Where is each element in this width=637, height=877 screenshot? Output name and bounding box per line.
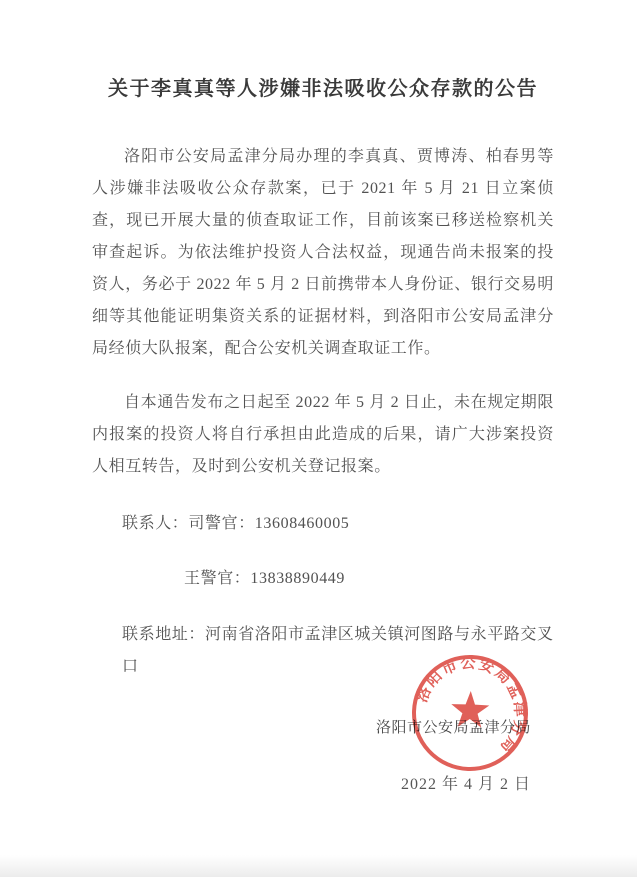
paragraph-1: 洛阳市公安局孟津分局办理的李真真、贾博涛、柏春男等人涉嫌非法吸收公众存款案，已于… <box>92 141 554 365</box>
seal-graphic: 洛阳市公安局孟津分局 <box>387 630 552 795</box>
document-page: 关于李真真等人涉嫌非法吸收公众存款的公告 洛阳市公安局孟津分局办理的李真真、贾博… <box>0 0 637 877</box>
paragraph-2: 自本通告发布之日起至 2022 年 5 月 2 日止，未在规定期限内报案的投资人… <box>92 387 554 483</box>
official-seal: 洛阳市公安局孟津分局 <box>387 630 552 795</box>
contact-line-2: 王警官：13838890449 <box>92 563 554 595</box>
contact-line-1: 联系人：司警官：13608460005 <box>92 508 554 540</box>
document-title: 关于李真真等人涉嫌非法吸收公众存款的公告 <box>92 72 554 101</box>
document-body: 关于李真真等人涉嫌非法吸收公众存款的公告 洛阳市公安局孟津分局办理的李真真、贾博… <box>92 72 554 683</box>
seal-star-icon <box>451 690 490 728</box>
photo-shadow <box>0 855 637 877</box>
